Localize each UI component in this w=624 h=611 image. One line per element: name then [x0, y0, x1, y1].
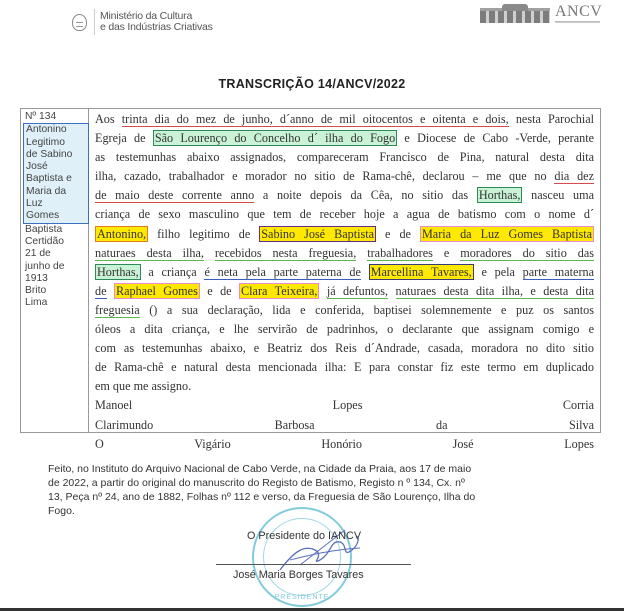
- text-line: criança de sexo masculino que tem de rec…: [95, 205, 594, 224]
- witness-signature: Clarimundo Barbosa da Silva: [95, 416, 594, 435]
- text-line: de Raphael Gomes e de Clara Teixeira, já…: [95, 282, 594, 301]
- margin-notes-column: Nº 134 Antonino Legitimo de Sabino José …: [21, 109, 89, 432]
- signatory-name: José Maria Borges Tavares: [233, 569, 364, 581]
- highlight-parish: São Lourenço do Concelho d´ ilha do Fogo: [153, 130, 397, 146]
- underline-birth-date: de maio deste corrente anno: [95, 188, 254, 203]
- text-line: ilha, cazado, trabalhador e morador no s…: [95, 167, 594, 186]
- text-line: naturaes desta ilha, recebidos nesta fre…: [95, 244, 594, 263]
- text-line: em que me assigno.: [95, 377, 594, 396]
- ministry-name-line2: e das Indústrias Criativas: [100, 22, 213, 33]
- text-line: as testemunhas abaixo assignados, compar…: [95, 148, 594, 167]
- highlight-maternal-grandfather: Raphael Gomes: [114, 283, 200, 299]
- highlight-father-name: Sabino José Baptista: [259, 226, 376, 242]
- underline-birth-date: dia dez: [554, 169, 594, 184]
- signatory-title: O Presidente do IANCV: [0, 530, 624, 542]
- highlight-child-name: Antonino,: [95, 226, 148, 242]
- text-line: freguesia () a sua declaração, lida e co…: [95, 301, 594, 320]
- vicar-signature: O Vigário Honório José Lopes: [95, 435, 594, 454]
- text-line: Antonino, filho legitimo de Sabino José …: [95, 225, 594, 244]
- text-line: Egreja de São Lourenço do Concelho d´ il…: [95, 129, 594, 148]
- text-line: com as testemunhas abaixo, e Beatriz dos…: [95, 339, 594, 358]
- transcription-text-column: Aos trinta dia do mez de junho, d´anno d…: [90, 109, 600, 432]
- baptism-record-text: Aos trinta dia do mez de junho, d´anno d…: [95, 110, 594, 454]
- text-line: Horthas, a criança é neta pela parte pat…: [95, 263, 594, 282]
- ministry-name: Ministério da Cultura e das Indústrias C…: [100, 11, 213, 33]
- building-icon: [480, 4, 550, 24]
- text-line: de maio deste corrente anno a noite depo…: [95, 186, 594, 205]
- highlight-mother-name: Maria da Luz Gomes Baptista: [420, 226, 594, 242]
- transcription-table: Nº 134 Antonino Legitimo de Sabino José …: [20, 108, 601, 433]
- ancv-logo: ANCV: [480, 4, 602, 24]
- record-number: Nº 134: [25, 111, 88, 123]
- document-title: TRANSCRIÇÃO 14/ANCV/2022: [0, 77, 624, 91]
- witness-signature: Manoel Lopes Corria: [95, 396, 594, 415]
- coat-of-arms-icon: [72, 14, 87, 31]
- highlighted-margin-note: Antonino Legitimo de Sabino José Baptist…: [23, 123, 89, 223]
- ministry-logo: Ministério da Cultura e das Indústrias C…: [72, 9, 213, 35]
- archive-subtitle-lines: [555, 21, 600, 23]
- highlight-maternal-grandmother: Clara Teixeira,: [239, 283, 319, 299]
- underline-date: trinta dia do mez de junho, d´anno de mi…: [122, 112, 509, 127]
- logo-divider: [94, 9, 95, 35]
- letterhead: Ministério da Cultura e das Indústrias C…: [0, 0, 624, 40]
- signature-line: [216, 564, 411, 565]
- highlight-paternal-grandmother: Marcellina Tavares,: [369, 264, 474, 280]
- highlight-place: Horthas,: [477, 187, 523, 203]
- text-line: óleos a dita criança, e lhe servirão de …: [95, 320, 594, 339]
- margin-note-rest: Baptista Certidão 21 de junho de 1913 Br…: [25, 224, 88, 310]
- text-line: de Rama-chê e natural desta mencionada i…: [95, 358, 594, 377]
- archive-name: ANCV: [555, 4, 602, 19]
- highlight-place: Horthas,: [95, 264, 141, 280]
- text-line: Aos trinta dia do mez de junho, d´anno d…: [95, 110, 594, 129]
